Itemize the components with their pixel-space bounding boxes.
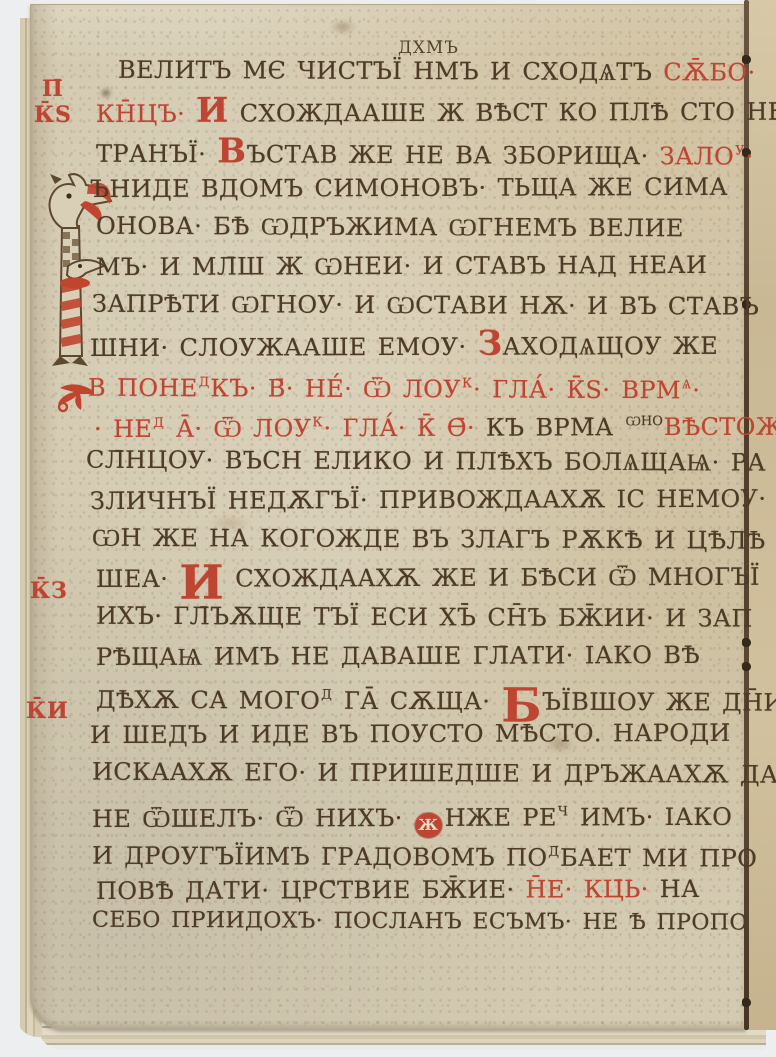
manuscript-line: В ПОНЕДКЪ· В̄· НЕ́· Ѿ ЛОУК· ГЛА́· К̄Ѕ· В… <box>88 363 696 405</box>
manuscript-photo: { "colors":{"ink":"#4d3b27","rubric":"#b… <box>0 0 776 1057</box>
manuscript-line: СЛ̄НЦОУ· ВЪСН ЕЛИКО И ПЛѢХЪ БОЛѦЩАѨ· РА <box>86 441 696 483</box>
text-segment: К <box>462 376 472 391</box>
text-segment: ѠНО <box>626 414 663 429</box>
manuscript-line: СЕБО ПРИИДОХЪ· ПОСЛАНЪ ЕСЪМЪ· НЕ Ѣ ПРОПО <box>92 901 696 943</box>
text-segment: СЕБО ПРИИДОХЪ· ПОСЛАНЪ ЕСЪМЪ· НЕ Ѣ ПРОПО <box>92 908 748 936</box>
text-segment: НЖЕ РЕ <box>445 803 557 831</box>
manuscript-line: ѠН ЖЕ НА КОГОЖДЕ ВЪ ЗЛАГЪ РѪКѢ И ЦѢЛѢ <box>92 519 696 561</box>
manuscript-line: · НЕД А̄· Ѿ ЛОУК· ГЛА́· К̄ Ѳ̄· КЪ ВРМ̄А … <box>94 402 696 443</box>
text-segment: ИСКААХѪ ЕГО· И ПРИШЕДШЕ И ДРЪЖААХѪ ДА БИ <box>92 758 776 789</box>
manuscript-line: КН̄ЦЪ· И СХОЖДААШЕ Ж ВѢСТ КО ПЛѢ СТО НЕ <box>96 90 696 131</box>
manuscript-line: И ШЕДЪ И ИДЕ ВЪ ПОУСТО МѢСТО. НАРОДИ <box>90 714 696 755</box>
text-segment: Ч <box>558 804 568 819</box>
text-segment: В ПОНЕ <box>88 374 198 402</box>
text-segment: ДѢХѪ СА МОГО <box>96 686 320 715</box>
rubric-initial: В <box>217 131 246 171</box>
manuscript-line: РѢЩАѨ ИМЪ НЕ ДАВАШЕ ГЛ̄АТИ· ІАКО ВѢ <box>96 636 696 677</box>
text-segment: Д <box>153 416 164 431</box>
manuscript-line: ОНОВА· БѢ ѠДРЪЖИМА ѠГНЕМЪ ВЕЛИЕ <box>96 207 696 249</box>
manuscript-line: ДѢХѪ СА МОГОД ГА̄ СѪЩА· БЪЇВШОУ ЖЕ ДН̄И <box>96 675 696 717</box>
manuscript-line: МЪ· И МЛ̄Ш Ж ѠНЕИ· И СТАВЪ НАД НЕАИ <box>96 246 696 287</box>
margin-number-ki: К̄И <box>26 698 69 724</box>
text-segment: А̄· <box>165 415 214 443</box>
text-segment: · НЕ <box>94 415 152 443</box>
text-segment: ТРАНЪЇ· <box>96 140 217 169</box>
margin-number-kz: К̄З <box>30 578 68 604</box>
text-segment: Д <box>321 688 332 703</box>
manuscript-line: ШЕА· И СХОЖДААХѪ ЖЕ И БѢСИ Ѿ МНОГЪЇ <box>96 558 696 599</box>
text-segment: ВЕЛИТЪ МЄ ЧИСТЪЇ НМЪ И СХОДѦТЪ <box>118 56 663 86</box>
rubric-initial: И <box>196 91 229 131</box>
text-segment: · <box>692 376 700 404</box>
margin-number-top-1: П̄ <box>42 76 64 102</box>
text-segment: РѢЩАѨ ИМЪ НЕ ДАВАШЕ ГЛ̄АТИ· ІАКО ВѢ <box>96 641 700 671</box>
manuscript-line: НЕ ѾШЕЛЪ· Ѿ НИХЪ· ЖНЖЕ РЕЧ ИМЪ· ІАКО <box>92 792 696 833</box>
binding-stitch <box>742 662 751 671</box>
text-segment: · ГЛА́· К̄Ѕ· ВРМ <box>473 375 681 404</box>
text-segment: ИМЪ· ІАКО <box>569 803 732 832</box>
binding-stitch <box>742 638 751 647</box>
text-segment: Ѧ <box>682 377 691 392</box>
text-segment: ЪСТАВ ЖЕ НЕ ВА ЗБОРИЩА· <box>246 140 659 170</box>
text-segment: ГА̄ СѪЩА· <box>333 687 502 716</box>
manuscript-line: ВЕЛИТЪ МЄ ЧИСТЪЇ НМЪ И СХОДѦТЪ СѪ̄БО· <box>118 51 696 93</box>
text-segment: Д̄ <box>548 845 559 860</box>
text-segment: СѪ̄БО· <box>663 58 755 86</box>
text-segment: БАЕТ МИ ПРО <box>560 844 757 873</box>
text-segment: ѠН ЖЕ НА КОГОЖДЕ ВЪ ЗЛАГЪ РѪКѢ И ЦѢЛѢ <box>92 524 766 555</box>
manuscript-line: ЗЛИЧНЪЇ НЕДѪГЪЇ· ПРИВОЖДААХѪ ІС НЕМОУ· <box>90 480 696 521</box>
stain <box>330 20 356 34</box>
text-segment: К <box>312 415 322 430</box>
manuscript-line: ТРАНЪЇ· ВЪСТАВ ЖЕ НЕ ВА ЗБОРИЩА· ЗАЛОУ· <box>96 129 696 171</box>
manuscript-line: ШНИ· СЛОУЖААШЕ ЕМОУ· ЗАХОДѦЩОУ ЖЕ <box>90 324 696 365</box>
text-segment: ОНОВА· БѢ ѠДРЪЖИМА ѠГНЕМЪ ВЕЛИЕ <box>96 212 684 243</box>
manuscript-line: И ДРОУГЪЇИМЪ ГРАДОВОМЪ ПОД̄БАЕТ МИ ПРО <box>92 831 696 873</box>
text-segment: АХОДѦЩОУ ЖЕ <box>502 332 718 361</box>
text-segment: Д <box>199 375 210 390</box>
text-segment: ЗАПРѢТИ ѠГНОУ· И ѠСТАВИ НѪ· И ВЪ СТАВЪ <box>92 290 759 321</box>
rubric-initial: З <box>477 324 502 364</box>
text-segment: МЪ· И МЛ̄Ш Ж ѠНЕИ· И СТАВЪ НАД НЕАИ <box>96 251 707 281</box>
text-segment: Ѿ ЛОУ <box>214 414 312 442</box>
text-segment: ЗАЛО <box>660 142 735 170</box>
manuscript-line: ЪНИДЕ ВДОМЪ СИМОНОВЪ· ТЬЩА ЖЕ СИМА <box>90 168 696 209</box>
text-segment: ШНИ· СЛОУЖААШЕ ЕМОУ· <box>90 333 478 362</box>
text-segment: ИХЪ· ГЛ̄ЪѪЩЕ ТЪЇ ЕСИ ХЪ̄ СН̄Ъ БЖ̄ИИ· И З… <box>96 602 753 633</box>
text-segment: КЪ· В̄· НЕ́· Ѿ ЛОУ <box>210 374 461 403</box>
binding-stitch <box>742 998 751 1007</box>
text-segment: Н̄Е· КЦ̄Ь· <box>525 875 659 903</box>
text-segment: У <box>735 143 744 158</box>
text-segment: И ШЕДЪ И ИДЕ ВЪ ПОУСТО МѢСТО. НАРОДИ <box>90 719 731 749</box>
text-segment: ЪЇВШОУ ЖЕ ДН̄И <box>542 688 776 717</box>
text-segment: КН̄ЦЪ· <box>96 100 196 128</box>
text-segment: И ДРОУГЪЇИМЪ ГРАДОВОМЪ ПО <box>92 842 548 872</box>
text-segment: НЕ ѾШЕЛЪ· Ѿ НИХЪ· <box>92 804 414 833</box>
text-segment: НА <box>660 875 700 903</box>
margin-number-top-2: К̄Ѕ <box>34 102 72 128</box>
text-segment: СЛ̄НЦОУ· ВЪСН ЕЛИКО И ПЛѢХЪ БОЛѦЩАѨ· РА <box>86 446 766 477</box>
text-segment: ШЕА· <box>96 565 179 593</box>
manuscript-line: ИСКААХѪ ЕГО· И ПРИШЕДШЕ И ДРЪЖААХѪ ДА БИ <box>92 753 696 795</box>
text-segment: КЪ ВРМ̄А <box>486 413 625 441</box>
manuscript-line: ЗАПРѢТИ ѠГНОУ· И ѠСТАВИ НѪ· И ВЪ СТАВЪ <box>92 285 696 327</box>
text-segment: ЗЛИЧНЪЇ НЕДѪГЪЇ· ПРИВОЖДААХѪ ІС НЕМОУ· <box>90 485 766 515</box>
text-segment: · <box>745 143 753 171</box>
manuscript-line: ИХЪ· ГЛ̄ЪѪЩЕ ТЪЇ ЕСИ ХЪ̄ СН̄Ъ БЖ̄ИИ· И З… <box>96 597 696 639</box>
text-segment: ВѢСТОЖ <box>664 413 776 441</box>
text-segment: СХОЖДААШЕ Ж ВѢСТ КО ПЛѢ СТО НЕ <box>229 98 776 128</box>
text-segment: СХОЖДААХѪ ЖЕ И БѢСИ Ѿ МНОГЪЇ <box>224 563 760 593</box>
manuscript-text-block: ВЕЛИТЪ МЄ ЧИСТЪЇ НМЪ И СХОДѦТЪ СѪ̄БО·КН̄… <box>96 52 696 941</box>
book-photo: ДХМ̄Ъ П̄ К̄Ѕ К̄З К̄И <box>0 0 776 1057</box>
text-segment: · ГЛА́· К̄ Ѳ̄· <box>323 414 486 443</box>
text-segment: ЪНИДЕ ВДОМЪ СИМОНОВЪ· ТЬЩА ЖЕ СИМА <box>90 173 728 203</box>
